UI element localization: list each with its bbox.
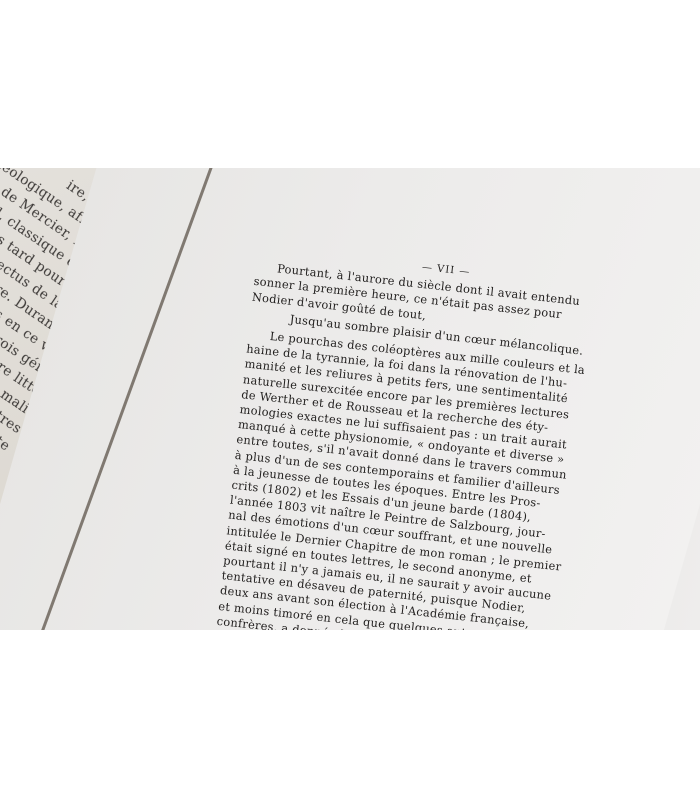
book-photo: ...ésie, ire, politique, atté au café né… — [0, 168, 700, 630]
right-page-text: — VII — Pourtant, à l'aurore du siècle d… — [214, 242, 576, 630]
